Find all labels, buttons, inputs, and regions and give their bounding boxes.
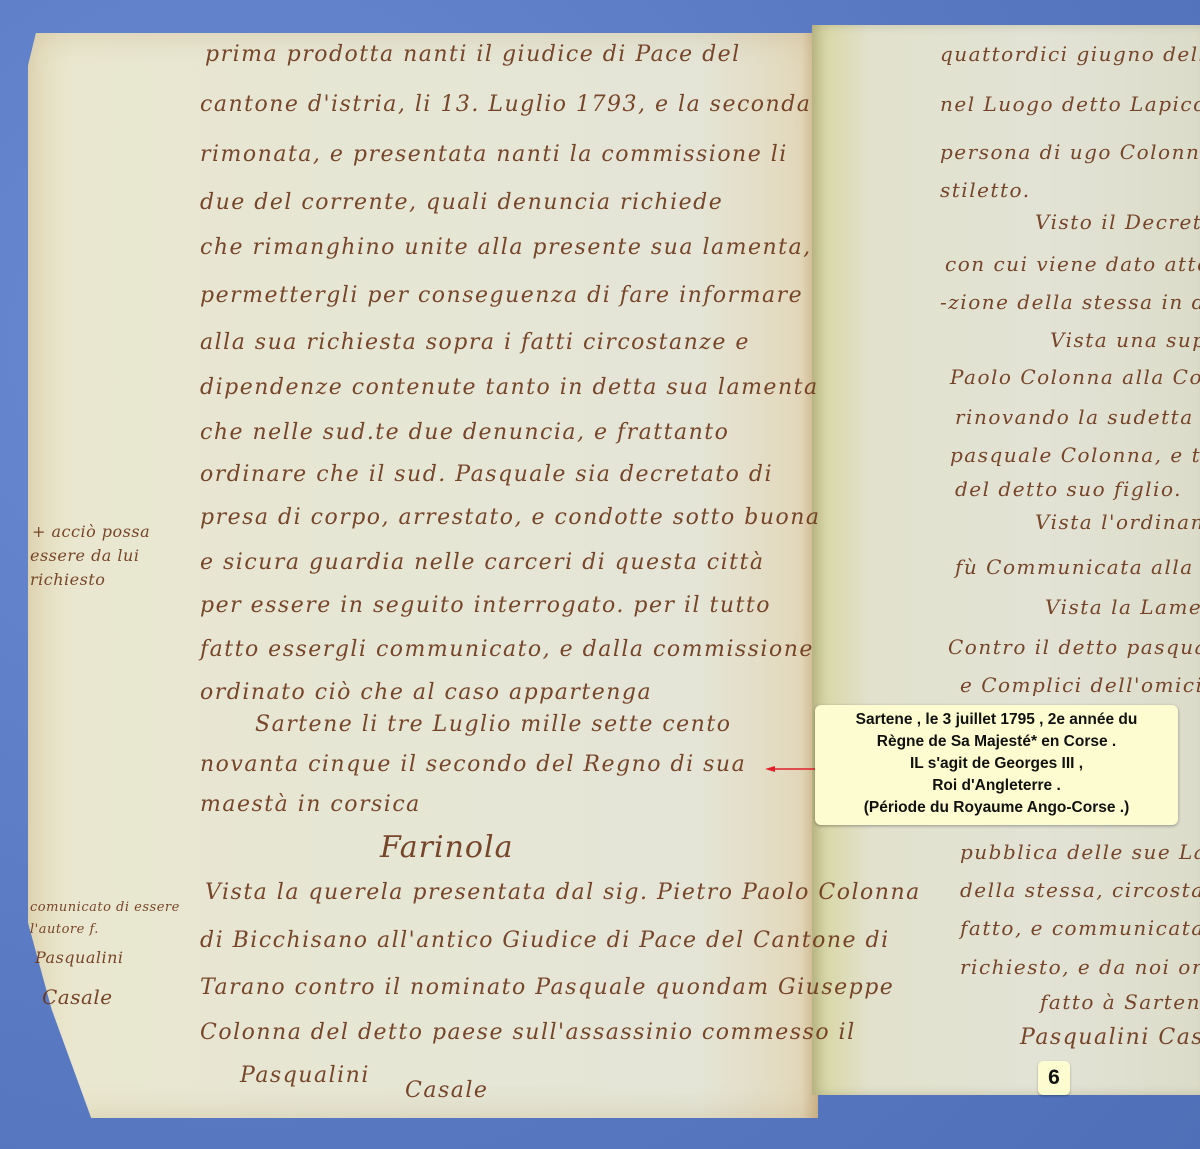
manuscript-line: quattordici giugno dell'anno xyxy=(940,42,1200,66)
annotation-line: Sartene , le 3 juillet 1795 , 2e année d… xyxy=(815,709,1178,731)
manuscript-line: persona di ugo Colonna fu xyxy=(940,140,1200,164)
manuscript-line: richiesto, e da noi ordin xyxy=(960,955,1200,979)
manuscript-line: Paolo Colonna alla Commiss xyxy=(950,365,1200,389)
manuscript-line: Pasqualini Casale xyxy=(1020,1025,1200,1050)
annotation-line: Roi d'Angleterre . xyxy=(815,775,1178,797)
manuscript-line: Vista la Lamenta xyxy=(1045,595,1200,619)
manuscript-line: fatto, e communicata alla xyxy=(960,916,1200,940)
manuscript-line: nel Luogo detto Lapiccia xyxy=(940,92,1200,116)
page-number-badge: 6 xyxy=(1038,1061,1070,1095)
manuscript-line: Vista l'ordinanza xyxy=(1035,510,1200,534)
manuscript-line: rinovando la sudetta querela xyxy=(955,405,1200,429)
red-arrow-icon xyxy=(765,764,817,774)
manuscript-line: pasquale Colonna, e tutti xyxy=(950,443,1200,467)
manuscript-line: -zione della stessa in data xyxy=(940,290,1200,314)
annotation-line: Règne de Sa Majesté* en Corse . xyxy=(815,731,1178,753)
manuscript-line: con cui viene dato atto xyxy=(945,252,1200,276)
manuscript-line: stiletto. xyxy=(940,178,1031,202)
manuscript-line: e Complici dell'omicidio xyxy=(960,673,1200,697)
manuscript-line: Contro il detto pasquale C xyxy=(948,635,1200,659)
annotation-line: IL s'agit de Georges III , xyxy=(815,753,1178,775)
manuscript-line: Vista una supplica xyxy=(1050,328,1200,352)
manuscript-line: fatto à Sartene xyxy=(1040,990,1200,1014)
manuscript-line: della stessa, circostanze xyxy=(960,878,1200,902)
annotation-line: (Période du Royaume Ango-Corse .) xyxy=(815,797,1178,819)
right-page-text: quattordici giugno dell'anno nel Luogo d… xyxy=(0,0,1200,1149)
manuscript-line: pubblica delle sue Lamenta xyxy=(960,840,1200,864)
manuscript-line: del detto suo figlio. xyxy=(955,477,1182,501)
annotation-box: Sartene , le 3 juillet 1795 , 2e année d… xyxy=(815,705,1178,825)
manuscript-line: Visto il Decreto xyxy=(1035,210,1200,234)
manuscript-line: fù Communicata alla parte xyxy=(955,555,1200,579)
